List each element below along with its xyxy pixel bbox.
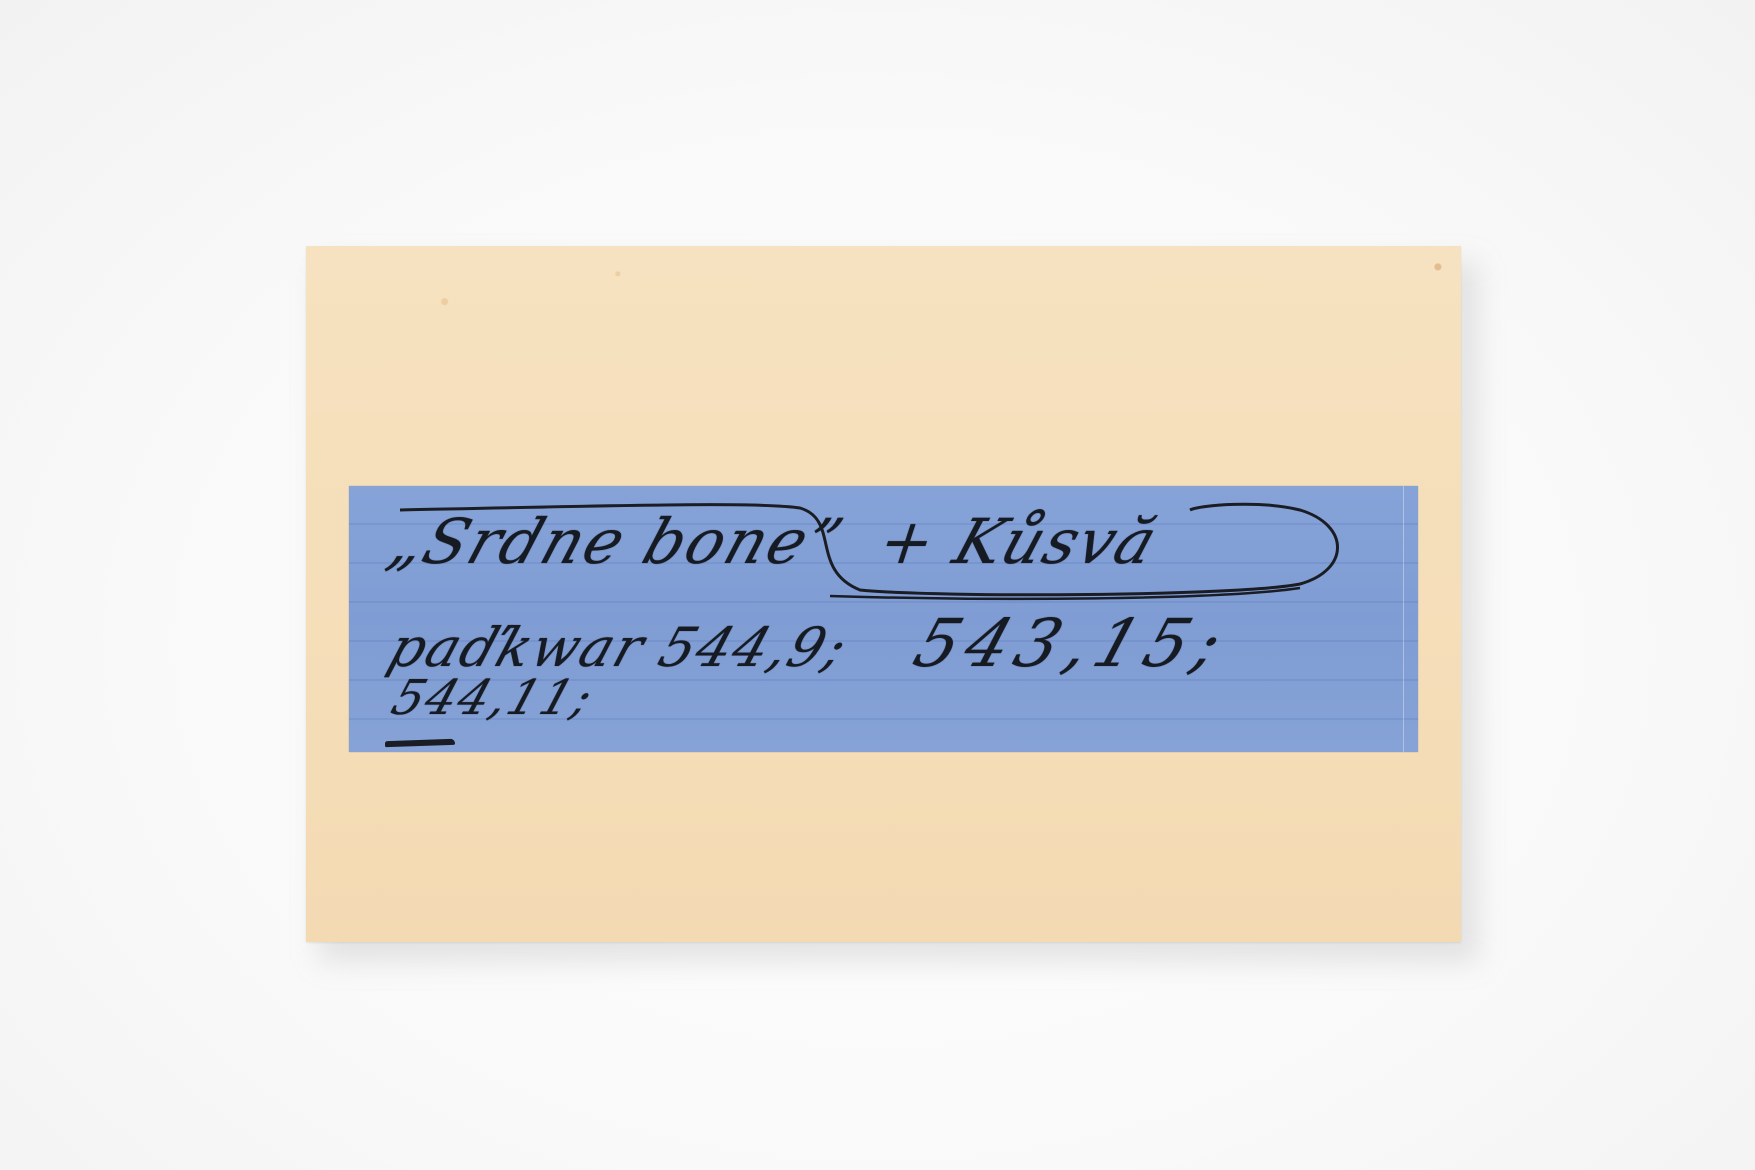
handwritten-line-3: 544,11; (385, 670, 601, 726)
reference-number: 543,15; (905, 605, 1239, 682)
quoted-phrase: „Srdne bone” (380, 505, 853, 578)
annotation-phrase: + Kůsvă (870, 505, 1168, 578)
reference-number: 544,9; (651, 616, 856, 679)
reference-number: 544,11; (385, 670, 601, 726)
handwritten-line-1: „Srdne bone”+ Kůsvă (380, 505, 1168, 578)
